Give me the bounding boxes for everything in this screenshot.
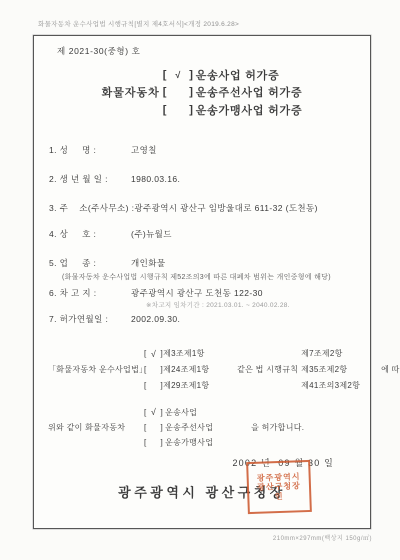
legal-article-rows: [√] 제3조제1항 제7조제2항 [] 제24조제1항 같은 법 시행규칙 제… (144, 346, 381, 394)
legal-row-1: [√] 제3조제1항 제7조제2항 (144, 346, 381, 362)
field-label: 5. 업 종 : (49, 258, 131, 268)
title-prefix: 화물자동차 (102, 84, 160, 100)
title-block: 화물자동차 [√] 운송사업 허가증 [] 운송주선사업 허가증 [] 운송가맹… (34, 66, 370, 119)
issuer-title: 광주광역시 광산구청장 (34, 482, 370, 501)
field-value: (주)뉴월드 (131, 229, 172, 239)
check-mark: √ (167, 70, 189, 80)
field-label: 2. 생 년 월 일 : (49, 174, 131, 184)
form-reference: 화물자동차 운수사업법 시행규칙[별지 제4호서식]<개정 2019.6.28> (38, 19, 239, 28)
grant-clause: 위와 같이 화물자동차 [√] 운송사업 [] 운송주선사업 [] 운송가맹사업… (48, 405, 370, 450)
field-name: 1. 성 명 : 고영칠 (49, 145, 370, 155)
grant-option-label: 운송사업 (165, 407, 251, 418)
bracket-close: ] (189, 69, 193, 81)
grant-row-transport: [√] 운송사업 (144, 405, 251, 420)
bracket-open: [ (144, 365, 147, 374)
field-label: 3. 주 소(주사무소) : (49, 203, 134, 213)
field-list: 1. 성 명 : 고영칠 2. 생 년 월 일 : 1980.03.16. 3.… (34, 145, 370, 324)
paper-spec-footer: 210mm×297mm(백상지 150g/㎡) (273, 533, 372, 542)
field-value: 광주광역시 광산구 임방울대로 611-32 (도천동) (134, 203, 318, 213)
legal-clause: 「화물자동차 운수사업법」 [√] 제3조제1항 제7조제2항 [] 제24조제… (48, 346, 370, 394)
checkbox-grant-franchise: [] (144, 438, 163, 447)
field-label: 7. 허가연월일 : (49, 314, 131, 324)
field-garage: 6. 차 고 지 : 광주광역시 광산구 도천동 122-30 (49, 288, 370, 298)
issue-date: 2002 년 09 월 30 일 (34, 456, 370, 469)
field-birthdate: 2. 생 년 월 일 : 1980.03.16. (49, 174, 370, 184)
field-address: 3. 주 소(주사무소) : 광주광역시 광산구 임방울대로 611-32 (도… (49, 203, 370, 213)
field-company-name: 4. 상 호 : (주)뉴월드 (49, 229, 370, 239)
bracket-close: ] (161, 423, 164, 432)
field-business-type: 5. 업 종 : 개인화물 (49, 258, 370, 268)
bracket-close: ] (189, 86, 193, 98)
field-value: 1980.03.16. (131, 174, 180, 184)
certificate-border: 제 2021-30(중형) 호 화물자동차 [√] 운송사업 허가증 [] 운송… (33, 35, 371, 529)
grant-option-label: 운송가맹사업 (165, 437, 251, 448)
garage-lease-note: ※차고지 임차기간 : 2021.03.01. ~ 2040.02.28. (146, 302, 370, 310)
grant-option-rows: [√] 운송사업 [] 운송주선사업 [] 운송가맹사업 (144, 405, 251, 450)
field-value: 개인화물 (131, 258, 165, 268)
title-option-brokerage: [] 운송주선사업 허가증 (163, 84, 303, 102)
bracket-close: ] (161, 408, 164, 417)
checkbox-franchise-business: [] (163, 104, 194, 116)
title-option-label: 운송사업 허가증 (196, 67, 280, 83)
rule-article: 제41조의3제2항 (301, 380, 381, 391)
scanned-license-document: 화물자동차 운수사업법 시행규칙[별지 제4호서식]<개정 2019.6.28>… (0, 0, 400, 560)
business-type-note: (화물자동차 운수사업법 시행규칙 제52조의3에 따른 대폐차 범위는 개인중… (62, 274, 370, 282)
bracket-open: [ (163, 104, 167, 116)
grant-row-franchise: [] 운송가맹사업 (144, 435, 251, 450)
field-label: 6. 차 고 지 : (49, 288, 131, 298)
title-option-label: 운송주선사업 허가증 (196, 84, 303, 100)
rule-intro: 같은 법 시행규칙 (237, 364, 301, 375)
bracket-close: ] (189, 104, 193, 116)
rule-article: 제7조제2항 (301, 348, 381, 359)
checkbox-article-24: [] (144, 365, 163, 374)
checkbox-grant-transport: [√] (144, 407, 163, 417)
bracket-open: [ (163, 86, 167, 98)
title-options: [√] 운송사업 허가증 [] 운송주선사업 허가증 [] 운송가맹사업 허가증 (163, 66, 303, 119)
field-value: 2002.09.30. (131, 314, 180, 324)
grant-suffix: 을 허가합니다. (251, 422, 304, 433)
check-mark: √ (147, 349, 161, 359)
field-label: 1. 성 명 : (49, 145, 131, 155)
grant-option-label: 운송주선사업 (165, 422, 251, 433)
seal-line: 인 (275, 492, 284, 502)
field-value: 고영칠 (131, 145, 157, 155)
law-name: 「화물자동차 운수사업법」 (48, 364, 144, 375)
bracket-close: ] (161, 438, 164, 447)
checkbox-brokerage-business: [] (163, 86, 194, 98)
checkbox-transport-business: [√] (163, 69, 194, 81)
legal-row-3: [] 제29조제1항 제41조의3제2항 (144, 378, 381, 394)
document-number: 제 2021-30(중형) 호 (57, 45, 370, 57)
legal-suffix: 에 따라 (381, 364, 400, 375)
official-seal-stamp: 광주광역시 광산구청장 인 (246, 460, 312, 514)
bracket-open: [ (144, 423, 147, 432)
checkbox-article-3: [√] (144, 349, 163, 359)
title-option-franchise: [] 운송가맹사업 허가증 (163, 101, 303, 119)
law-article: 제3조제1항 (163, 348, 237, 359)
field-license-date: 7. 허가연월일 : 2002.09.30. (49, 314, 370, 324)
field-value: 광주광역시 광산구 도천동 122-30 (131, 288, 263, 298)
checkbox-article-29: [] (144, 381, 163, 390)
law-article: 제29조제1항 (163, 380, 237, 391)
bracket-open: [ (144, 381, 147, 390)
grant-prefix: 위와 같이 화물자동차 (48, 422, 144, 433)
title-option-transport: [√] 운송사업 허가증 (163, 66, 303, 84)
legal-row-2: [] 제24조제1항 같은 법 시행규칙 제35조제2항 (144, 362, 381, 378)
field-label: 4. 상 호 : (49, 229, 131, 239)
grant-row-brokerage: [] 운송주선사업 (144, 420, 251, 435)
bracket-open: [ (144, 438, 147, 447)
checkbox-grant-brokerage: [] (144, 423, 163, 432)
rule-article: 제35조제2항 (301, 364, 381, 375)
law-article: 제24조제1항 (163, 364, 237, 375)
check-mark: √ (147, 407, 161, 417)
title-option-label: 운송가맹사업 허가증 (196, 102, 303, 118)
